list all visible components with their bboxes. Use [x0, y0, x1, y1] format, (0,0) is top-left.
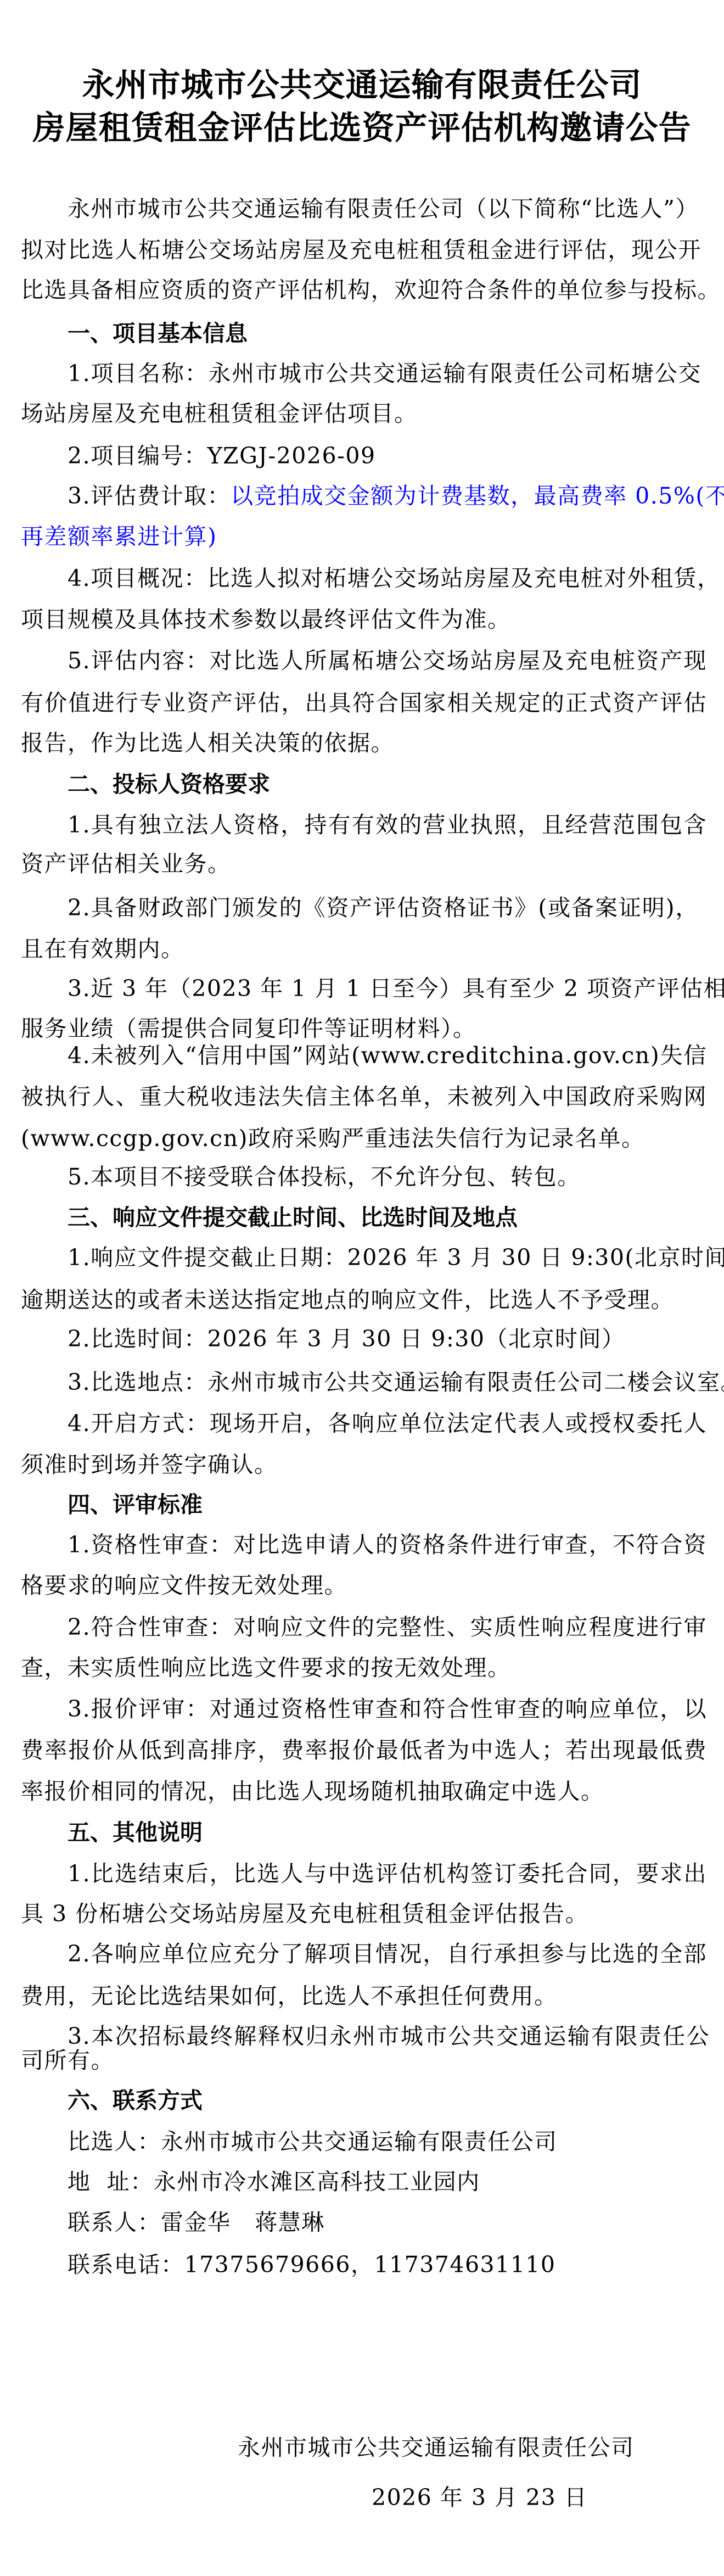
section2-heading: 二、投标人资格要求 — [68, 770, 270, 798]
intro-line-1: 永州市城市公共交通运输有限责任公司（以下简称“比选人”） — [68, 195, 699, 222]
contact-persons: 联系人：雷金华 蒋慧琳 — [68, 2209, 325, 2236]
section3-heading: 三、响应文件提交截止时间、比选时间及地点 — [68, 1204, 518, 1231]
s1-item3-label: 3.评估费计取： — [68, 483, 231, 509]
s2-item5: 5.本项目不接受联合体投标，不允许分包、转包。 — [68, 1163, 581, 1191]
contact-address: 地 址：永州市冷水滩区高科技工业园内 — [68, 2168, 480, 2195]
s4-item3-line2: 费率报价从低到高排序，费率报价最低者为中选人；若出现最低费 — [21, 1736, 707, 1764]
intro-line-2: 拟对比选人柘塘公交场站房屋及充电桩租赁租金进行评估，现公开 — [21, 236, 701, 264]
title-line-1: 永州市城市公共交通运输有限责任公司 — [0, 65, 724, 105]
s2-item4-line2: 被执行人、重大税收违法失信主体名单，未被列入中国政府采购网 — [21, 1083, 707, 1110]
s4-item2-line2: 查，未实质性响应比选文件要求的按无效处理。 — [21, 1654, 511, 1681]
section1-heading: 一、项目基本信息 — [68, 320, 248, 347]
s4-item3-line1: 3.报价评审：对通过资格性审查和符合性审查的响应单位，以 — [68, 1695, 707, 1723]
s3-item3: 3.比选地点：永州市城市公共交通运输有限责任公司二楼会议室。 — [68, 1368, 710, 1396]
title-line-2: 房屋租赁租金评估比选资产评估机构邀请公告 — [0, 108, 724, 148]
s1-item1-line2: 场站房屋及充电桩租赁租金评估项目。 — [21, 400, 418, 427]
contact-phone: 联系电话：17375679666，117374631110 — [68, 2251, 555, 2278]
signature-date: 2026 年 3 月 23 日 — [372, 2484, 587, 2511]
section6-heading: 六、联系方式 — [68, 2087, 203, 2114]
intro-line-3: 比选具备相应资质的资产评估机构，欢迎符合条件的单位参与投标。 — [21, 276, 710, 304]
s1-item3-line1: 3.评估费计取：以竞拍成交金额为计费基数，最高费率 0.5%(不 — [68, 482, 724, 510]
s1-item4-line2: 项目规模及具体技术参数以最终评估文件为准。 — [21, 606, 511, 633]
s5-item3-line2: 司所有。 — [21, 2047, 114, 2074]
s2-item4-line1: 4.未被列入“信用中国”网站(www.creditchina.gov.cn)失信 — [68, 1042, 707, 1069]
s3-item1-line2: 逾期送达的或者未送达指定地点的响应文件，比选人不予受理。 — [21, 1286, 674, 1314]
s2-item2-line2: 且在有效期内。 — [21, 935, 184, 963]
s2-item4-line3: (www.ccgp.gov.cn)政府采购严重违法失信行为记录名单。 — [21, 1125, 645, 1152]
s2-item1-line2: 资产评估相关业务。 — [21, 850, 231, 878]
s1-item3-line2: 再差额率累进计算) — [21, 523, 217, 550]
s3-item4-line1: 4.开启方式：现场开启，各响应单位法定代表人或授权委托人 — [68, 1410, 707, 1437]
signature-company: 永州市城市公共交通运输有限责任公司 — [238, 2434, 635, 2461]
s2-item3-line2: 服务业绩（需提供合同复印件等证明材料）。 — [21, 1015, 476, 1042]
s5-item2-line1: 2.各响应单位应充分了解项目情况，自行承担参与比选的全部 — [68, 1940, 707, 1968]
s2-item3-line1: 3.近 3 年（2023 年 1 月 1 日至今）具有至少 2 项资产评估相关 — [68, 975, 707, 1002]
s4-item3-line3: 率报价相同的情况，由比选人现场随机抽取确定中选人。 — [21, 1778, 604, 1805]
s5-item3-line1: 3.本次招标最终解释权归永州市城市公共交通运输有限责任公 — [68, 2022, 710, 2050]
s5-item1-line2: 具 3 份柘塘公交场站房屋及充电桩租赁租金评估报告。 — [21, 1900, 588, 1927]
s1-item5-line3: 报告，作为比选人相关决策的依据。 — [21, 729, 394, 757]
s2-item2-line1: 2.具备财政部门颁发的《资产评估资格证书》(或备案证明)， — [68, 894, 699, 921]
s1-item4-line1: 4.项目概况：比选人拟对柘塘公交场站房屋及充电桩对外租赁， — [68, 565, 704, 592]
section4-heading: 四、评审标准 — [68, 1491, 203, 1518]
s1-item3-fee-rule: 以竞拍成交金额为计费基数，最高费率 0.5%(不 — [231, 483, 724, 509]
section5-heading: 五、其他说明 — [68, 1819, 203, 1846]
s3-item1-line1: 1.响应文件提交截止日期：2026 年 3 月 30 日 9:30(北京时间)， — [68, 1244, 707, 1271]
s2-item1-line1: 1.具有独立法人资格，持有有效的营业执照，且经营范围包含 — [68, 811, 707, 839]
s5-item1-line1: 1.比选结束后，比选人与中选评估机构签订委托合同，要求出 — [68, 1860, 707, 1887]
s1-item5-line2: 有价值进行专业资产评估，出具符合国家相关规定的正式资产评估 — [21, 689, 707, 717]
contact-tenderer: 比选人：永州市城市公共交通运输有限责任公司 — [68, 2128, 558, 2155]
s4-item1-line1: 1.资格性审查：对比选申请人的资格条件进行审查，不符合资 — [68, 1531, 707, 1558]
s3-item2: 2.比选时间：2026 年 3 月 30 日 9:30（北京时间） — [68, 1325, 625, 1353]
s1-item5-line1: 5.评估内容：对比选人所属柘塘公交场站房屋及充电桩资产现 — [68, 647, 707, 674]
s1-item2: 2.项目编号：YZGJ-2026-09 — [68, 442, 376, 470]
s3-item4-line2: 须准时到场并签字确认。 — [21, 1451, 278, 1478]
s5-item2-line2: 费用，无论比选结果如何，比选人不承担任何费用。 — [21, 1982, 558, 2010]
s4-item1-line2: 格要求的响应文件按无效处理。 — [21, 1572, 347, 1599]
s4-item2-line1: 2.符合性审查：对响应文件的完整性、实质性响应程度进行审 — [68, 1613, 707, 1641]
s1-item1-line1: 1.项目名称：永州市城市公共交通运输有限责任公司柘塘公交 — [68, 360, 701, 387]
